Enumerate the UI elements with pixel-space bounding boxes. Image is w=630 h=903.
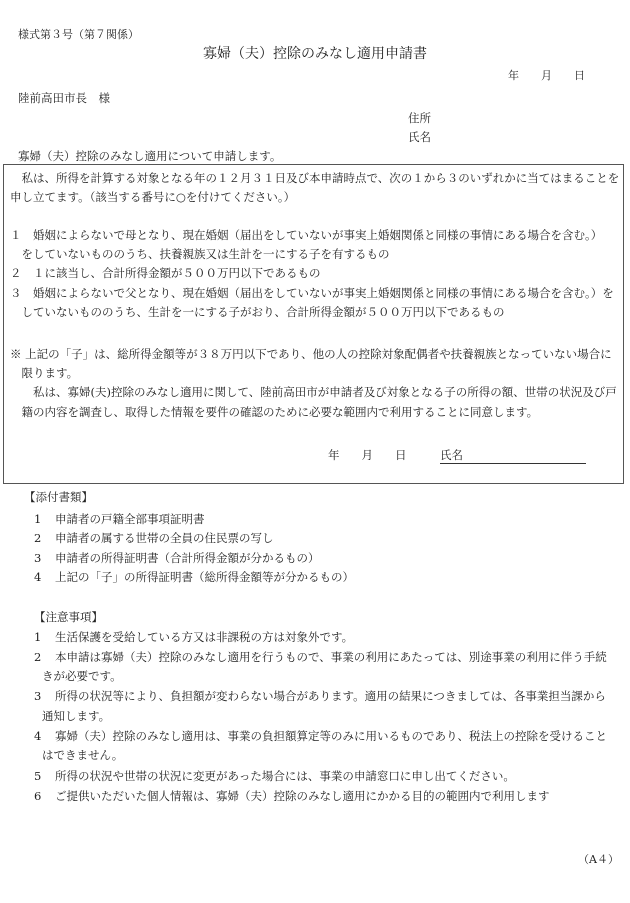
note-text: 生活保護を受給している方又は非課税の方は対象外です。 xyxy=(55,628,353,646)
attachments-heading: 【添付書類】 xyxy=(24,488,93,506)
attachment-text: 申請者の属する世帯の全員の住民票の写し xyxy=(55,529,274,547)
signature-name-label: 氏名 xyxy=(440,448,463,462)
name-field-label: 氏名 xyxy=(408,128,431,146)
attachment-number: 3 xyxy=(34,549,41,567)
option-line: ２ １に該当し、合計所得金額が５００万円以下であるもの xyxy=(10,264,321,282)
declaration-line: 私は、所得を計算する対象となる年の１２月３１日及び本申請時点で、次の１から３のい… xyxy=(10,169,619,187)
attachment-number: 4 xyxy=(34,568,41,586)
attachment-text: 申請者の戸籍全部事項証明書 xyxy=(55,510,205,528)
attachment-number: 1 xyxy=(34,510,41,528)
note-number: 4 xyxy=(34,727,41,745)
signature-month-label: 月 xyxy=(362,446,374,464)
option-line: をしていないもののうち、扶養親族又は生計を一にする子を有するもの xyxy=(10,245,390,263)
note-text: 寡婦（夫）控除のみなし適用は、事業の負担額算定等のみに用いるものであり、税法上の… xyxy=(55,727,607,745)
note-line: 限ります。 xyxy=(10,364,78,382)
consent-line: 私は、寡婦(夫)控除のみなし適用に関して、陸前高田市が申請者及び対象となる子の所… xyxy=(10,383,617,401)
note-text: きが必要です。 xyxy=(42,667,122,685)
consent-line: 籍の内容を調査し、取得した情報を要件の確認のために必要な範囲内で利用することに同… xyxy=(10,403,538,421)
addressee: 陸前高田市長 様 xyxy=(18,89,110,107)
signature-name-field[interactable]: 氏名 xyxy=(440,446,586,464)
note-text: 本申請は寡婦（夫）控除のみなし適用を行うもので、事業の利用にあたっては、別途事業… xyxy=(55,648,607,666)
date-day-label: 日 xyxy=(574,67,585,85)
note-text: 所得の状況や世帯の状況に変更があった場合には、事業の申請窓口に申し出てください。 xyxy=(55,767,515,785)
attachment-text: 申請者の所得証明書（合計所得金額が分かるもの） xyxy=(55,549,320,567)
declaration-line: 申し立てます。（該当する番号に○を付けてください。） xyxy=(10,188,295,206)
note-text: ご提供いただいた個人情報は、寡婦（夫）控除のみなし適用にかかる目的の範囲内で利用… xyxy=(55,787,550,805)
option-line: ３ 婚姻によらないで父となり、現在婚姻（届出をしていないが事実上婚姻関係と同様の… xyxy=(10,284,614,302)
note-number: 6 xyxy=(34,787,41,805)
notes-heading: 【注意事項】 xyxy=(34,608,103,626)
attachment-number: 2 xyxy=(34,529,41,547)
note-number: 5 xyxy=(34,767,41,785)
document-title: 寡婦（夫）控除のみなし適用申請書 xyxy=(0,45,630,63)
note-line: ※ 上記の「子」は、総所得金額等が３８万円以下であり、他の人の控除対象配偶者や扶… xyxy=(10,345,612,363)
paper-size-label: （A４） xyxy=(578,851,619,869)
note-number: 1 xyxy=(34,628,41,646)
note-number: 2 xyxy=(34,648,41,666)
form-number: 様式第３号（第７関係） xyxy=(18,26,139,44)
option-line: １ 婚姻によらないで母となり、現在婚姻（届出をしていないが事実上婚姻関係と同様の… xyxy=(10,226,602,244)
date-year-label: 年 xyxy=(508,67,519,85)
note-text: 通知します。 xyxy=(42,707,110,725)
intro-statement: 寡婦（夫）控除のみなし適用について申請します。 xyxy=(18,147,281,165)
declaration-box: 私は、所得を計算する対象となる年の１２月３１日及び本申請時点で、次の１から３のい… xyxy=(3,164,624,484)
note-number: 3 xyxy=(34,687,41,705)
address-field-label: 住所 xyxy=(408,109,431,127)
signature-day-label: 日 xyxy=(395,446,407,464)
note-text: 所得の状況等により、負担額が変わらない場合があります。適用の結果につきましては、… xyxy=(55,687,606,705)
signature-row: 年月日 氏名 xyxy=(328,446,407,464)
application-date[interactable]: 年月日 xyxy=(508,67,585,85)
date-month-label: 月 xyxy=(541,67,552,85)
signature-year-label: 年 xyxy=(328,446,340,464)
attachment-text: 上記の「子」の所得証明書（総所得金額等が分かるもの） xyxy=(55,568,354,586)
note-text: はできません。 xyxy=(42,746,123,764)
option-line: していないもののうち、生計を一にする子がおり、合計所得金額が５００万円以下である… xyxy=(10,303,505,321)
